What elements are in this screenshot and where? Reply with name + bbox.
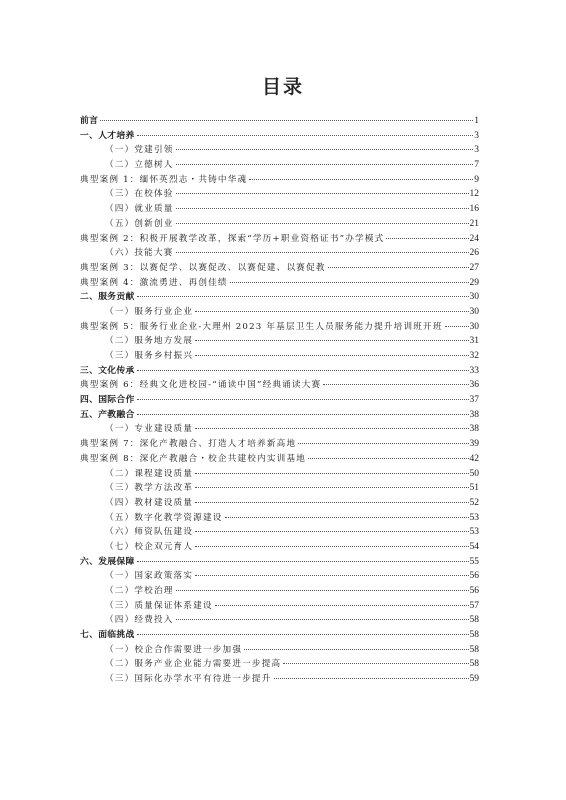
toc-entry-label: （五）数字化教学资源建设 (105, 511, 223, 526)
dot-leader (308, 458, 468, 459)
toc-entry-label: （七）校企双元育人 (105, 540, 193, 555)
toc-entry-chapter[interactable]: 二、服务贡献30 (80, 290, 479, 305)
toc-entry-chapter[interactable]: 三、文化传承33 (80, 364, 479, 379)
toc-entry-section[interactable]: （二）课程建设质量50 (80, 467, 479, 482)
toc-entry-label: （四）就业质量 (105, 202, 174, 217)
toc-entry-section[interactable]: （四）经费投入58 (80, 613, 479, 628)
toc-entry-section[interactable]: （一）国家政策落实56 (80, 569, 479, 584)
toc-entry-page-number: 56 (470, 584, 480, 599)
toc-entry-label: 七、面临挑战 (80, 628, 135, 643)
toc-entry-page-number: 56 (470, 569, 480, 584)
toc-entry-page-number: 30 (470, 290, 480, 305)
toc-entry-label: （二）服务产业企业能力需要进一步提高 (105, 657, 281, 672)
toc-entry-page-number: 58 (470, 628, 480, 643)
dot-leader (176, 208, 469, 209)
toc-entry-label: 三、文化传承 (80, 364, 135, 379)
toc-entry-chapter[interactable]: 四、国际合作37 (80, 393, 479, 408)
toc-entry-section[interactable]: （七）校企双元育人54 (80, 540, 479, 555)
document-page: 目录 前言1一、人才培养3（一）党建引领3（二）立德树人7典型案例 1：缅怀英烈… (0, 0, 566, 800)
toc-entry-label: （一）校企合作需要进一步加强 (105, 643, 242, 658)
dot-leader (176, 252, 469, 253)
dot-leader (244, 649, 468, 650)
toc-entry-page-number: 39 (470, 437, 480, 452)
toc-entry-section[interactable]: （四）就业质量16 (80, 202, 479, 217)
toc-entry-label: 一、人才培养 (80, 129, 135, 144)
toc-entry-label: 典型案例 3：以赛促学、以赛促改、以赛促建、以赛促教 (80, 261, 326, 276)
toc-entry-section[interactable]: （六）师资队伍建设53 (80, 525, 479, 540)
toc-entry-label: （三）质量保证体系建设 (105, 599, 213, 614)
toc-entry-label: 前言 (80, 114, 98, 129)
toc-entry-label: （三）在校体验 (105, 187, 174, 202)
toc-entry-page-number: 7 (474, 158, 479, 173)
toc-entry-section[interactable]: （三）教学方法改革51 (80, 481, 479, 496)
dot-leader (195, 355, 468, 356)
toc-entry-case-study[interactable]: 典型案例 6：经典文化进校园-“诵读中国”经典诵读大赛36 (80, 378, 479, 393)
toc-entry-page-number: 9 (474, 173, 479, 188)
toc-entry-page-number: 1 (474, 114, 479, 129)
toc-entry-label: （五）创新创业 (105, 217, 174, 232)
toc-entry-chapter[interactable]: 一、人才培养3 (80, 129, 479, 144)
toc-entry-page-number: 30 (470, 320, 480, 335)
dot-leader (137, 370, 469, 371)
toc-entry-chapter[interactable]: 前言1 (80, 114, 479, 129)
toc-entry-page-number: 55 (470, 555, 480, 570)
toc-entry-page-number: 30 (470, 305, 480, 320)
toc-entry-page-number: 52 (470, 496, 480, 511)
toc-entry-page-number: 27 (470, 261, 480, 276)
toc-entry-label: （三）教学方法改革 (105, 481, 193, 496)
toc-entry-chapter[interactable]: 六、发展保障55 (80, 555, 479, 570)
toc-entry-page-number: 21 (470, 217, 480, 232)
dot-leader (195, 502, 468, 503)
dot-leader (176, 193, 469, 194)
toc-entry-page-number: 32 (470, 349, 480, 364)
toc-entry-label: 典型案例 1：缅怀英烈志・共铸中华魂 (80, 173, 247, 188)
toc-title: 目录 (0, 72, 566, 99)
dot-leader (215, 605, 469, 606)
toc-entry-page-number: 58 (470, 643, 480, 658)
toc-entry-label: （六）技能大赛 (105, 246, 174, 261)
toc-entry-label: 典型案例 6：经典文化进校园-“诵读中国”经典诵读大赛 (80, 378, 321, 393)
toc-entry-label: （三）国际化办学水平有待进一步提升 (105, 672, 272, 687)
toc-entry-chapter[interactable]: 五、产教融合38 (80, 408, 479, 423)
dot-leader (176, 149, 474, 150)
toc-entry-section[interactable]: （三）国际化办学水平有待进一步提升59 (80, 672, 479, 687)
toc-entry-section[interactable]: （三）服务乡村振兴32 (80, 349, 479, 364)
dot-leader (249, 179, 473, 180)
toc-entry-label: （四）教材建设质量 (105, 496, 193, 511)
dot-leader (176, 590, 469, 591)
dot-leader (195, 531, 468, 532)
dot-leader (195, 575, 468, 576)
dot-leader (195, 473, 468, 474)
toc-entry-label: （二）服务地方发展 (105, 334, 193, 349)
toc-entry-page-number: 38 (470, 422, 480, 437)
toc-entry-section[interactable]: （一）专业建设质量38 (80, 422, 479, 437)
toc-entry-label: （三）服务乡村振兴 (105, 349, 193, 364)
toc-entry-label: 二、服务贡献 (80, 290, 135, 305)
dot-leader (225, 517, 469, 518)
toc-entry-page-number: 57 (470, 599, 480, 614)
dot-leader (137, 414, 469, 415)
toc-entry-section[interactable]: （四）教材建设质量52 (80, 496, 479, 511)
dot-leader (230, 282, 469, 283)
toc-entry-section[interactable]: （三）在校体验12 (80, 187, 479, 202)
table-of-contents: 前言1一、人才培养3（一）党建引领3（二）立德树人7典型案例 1：缅怀英烈志・共… (80, 114, 479, 687)
toc-entry-label: 典型案例 2：积极开展教学改革，探索“学历+职业资格证书”办学模式 (80, 232, 384, 247)
toc-entry-page-number: 3 (474, 129, 479, 144)
toc-entry-page-number: 38 (470, 408, 480, 423)
toc-entry-page-number: 33 (470, 364, 480, 379)
toc-entry-section[interactable]: （二）学校治理56 (80, 584, 479, 599)
toc-entry-label: 六、发展保障 (80, 555, 135, 570)
toc-entry-case-study[interactable]: 典型案例 3：以赛促学、以赛促改、以赛促建、以赛促教27 (80, 261, 479, 276)
toc-entry-case-study[interactable]: 典型案例 5：服务行业企业-大理州 2023 年基层卫生人员服务能力提升培训班开… (80, 320, 479, 335)
toc-entry-page-number: 3 (474, 143, 479, 158)
toc-entry-label: （二）学校治理 (105, 584, 174, 599)
toc-entry-case-study[interactable]: 典型案例 8：深化产教融合・校企共建校内实训基地42 (80, 452, 479, 467)
dot-leader (323, 384, 468, 385)
dot-leader (195, 428, 468, 429)
toc-entry-page-number: 53 (470, 525, 480, 540)
toc-entry-label: （二）课程建设质量 (105, 467, 193, 482)
toc-entry-section[interactable]: （二）立德树人7 (80, 158, 479, 173)
toc-entry-page-number: 36 (470, 378, 480, 393)
toc-entry-case-study[interactable]: 典型案例 7：深化产教融合、打造人才培养新高地39 (80, 437, 479, 452)
toc-entry-label: （一）国家政策落实 (105, 569, 193, 584)
dot-leader (298, 443, 468, 444)
dot-leader (195, 487, 468, 488)
toc-entry-page-number: 24 (470, 232, 480, 247)
toc-entry-page-number: 12 (470, 187, 480, 202)
dot-leader (137, 135, 474, 136)
toc-entry-section[interactable]: （二）服务产业企业能力需要进一步提高58 (80, 657, 479, 672)
toc-entry-label: （一）专业建设质量 (105, 422, 193, 437)
toc-entry-label: （六）师资队伍建设 (105, 525, 193, 540)
toc-entry-section[interactable]: （三）质量保证体系建设57 (80, 599, 479, 614)
dot-leader (445, 326, 469, 327)
toc-entry-page-number: 51 (470, 481, 480, 496)
toc-entry-section[interactable]: （一）服务行业企业30 (80, 305, 479, 320)
toc-entry-label: 典型案例 4：激流勇进、再创佳绩 (80, 276, 228, 291)
toc-entry-section[interactable]: （一）党建引领3 (80, 143, 479, 158)
toc-entry-page-number: 31 (470, 334, 480, 349)
dot-leader (137, 296, 469, 297)
toc-entry-label: （二）立德树人 (105, 158, 174, 173)
toc-entry-label: （一）党建引领 (105, 143, 174, 158)
toc-entry-page-number: 42 (470, 452, 480, 467)
dot-leader (137, 399, 469, 400)
dot-leader (328, 267, 469, 268)
toc-entry-page-number: 59 (470, 672, 480, 687)
dot-leader (100, 120, 473, 121)
toc-entry-case-study[interactable]: 典型案例 2：积极开展教学改革，探索“学历+职业资格证书”办学模式24 (80, 232, 479, 247)
dot-leader (283, 663, 468, 664)
dot-leader (176, 223, 469, 224)
dot-leader (176, 619, 469, 620)
dot-leader (137, 634, 469, 635)
toc-entry-page-number: 16 (470, 202, 480, 217)
dot-leader (195, 311, 468, 312)
toc-entry-page-number: 29 (470, 276, 480, 291)
dot-leader (386, 238, 468, 239)
toc-entry-section[interactable]: （二）服务地方发展31 (80, 334, 479, 349)
toc-entry-page-number: 53 (470, 511, 480, 526)
toc-entry-page-number: 54 (470, 540, 480, 555)
toc-entry-section[interactable]: （五）数字化教学资源建设53 (80, 511, 479, 526)
toc-entry-section[interactable]: （一）校企合作需要进一步加强58 (80, 643, 479, 658)
toc-entry-page-number: 50 (470, 467, 480, 482)
toc-entry-label: （一）服务行业企业 (105, 305, 193, 320)
dot-leader (274, 678, 469, 679)
toc-entry-case-study[interactable]: 典型案例 4：激流勇进、再创佳绩29 (80, 276, 479, 291)
toc-entry-label: 四、国际合作 (80, 393, 135, 408)
dot-leader (137, 561, 469, 562)
toc-entry-page-number: 26 (470, 246, 480, 261)
toc-entry-label: （四）经费投入 (105, 613, 174, 628)
toc-entry-label: 典型案例 7：深化产教融合、打造人才培养新高地 (80, 437, 296, 452)
toc-entry-page-number: 58 (470, 657, 480, 672)
toc-entry-page-number: 58 (470, 613, 480, 628)
dot-leader (195, 340, 468, 341)
toc-entry-label: 典型案例 5：服务行业企业-大理州 2023 年基层卫生人员服务能力提升培训班开… (80, 320, 443, 335)
dot-leader (195, 546, 468, 547)
dot-leader (176, 164, 474, 165)
toc-entry-section[interactable]: （六）技能大赛26 (80, 246, 479, 261)
toc-entry-section[interactable]: （五）创新创业21 (80, 217, 479, 232)
toc-entry-chapter[interactable]: 七、面临挑战58 (80, 628, 479, 643)
toc-entry-label: 五、产教融合 (80, 408, 135, 423)
toc-entry-page-number: 37 (470, 393, 480, 408)
toc-entry-label: 典型案例 8：深化产教融合・校企共建校内实训基地 (80, 452, 306, 467)
toc-entry-case-study[interactable]: 典型案例 1：缅怀英烈志・共铸中华魂9 (80, 173, 479, 188)
